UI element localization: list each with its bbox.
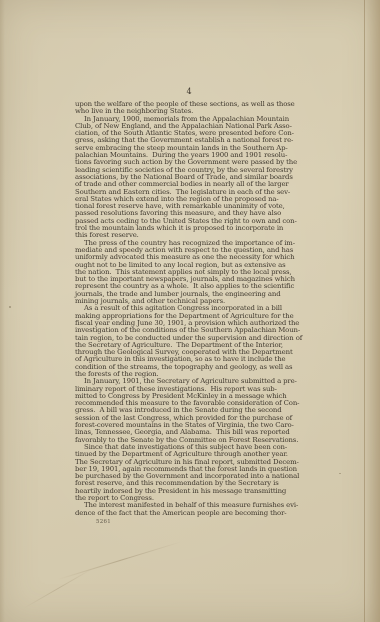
- paragraph: In January, 1900, memorials from the App…: [75, 116, 318, 240]
- text-line: dence of the fact that the American peop…: [75, 510, 318, 517]
- paragraph: In January, 1901, the Secretary of Agric…: [75, 378, 318, 444]
- paper-speck: [9, 306, 11, 308]
- paragraph: The press of the country has recognized …: [75, 240, 318, 306]
- paper-crease: [23, 568, 93, 609]
- paper-speck: [339, 473, 341, 474]
- print-order-mark: 5261: [96, 519, 111, 525]
- paragraph: upon the welfare of the people of these …: [75, 101, 318, 116]
- paragraph: As a result of this agitation Congress i…: [75, 305, 318, 378]
- page-left-edge-shading: [0, 0, 5, 622]
- paragraph: Since that date investigations of this s…: [75, 444, 318, 502]
- scanned-book-page: 4 upon the welfare of the people of thes…: [0, 0, 380, 622]
- page-right-edge-shading: [364, 0, 380, 622]
- paper-crease: [58, 541, 183, 580]
- paragraph: The interest manifested in behalf of thi…: [75, 502, 318, 517]
- text-block: upon the welfare of the people of these …: [75, 101, 318, 517]
- page-number: 4: [75, 87, 303, 96]
